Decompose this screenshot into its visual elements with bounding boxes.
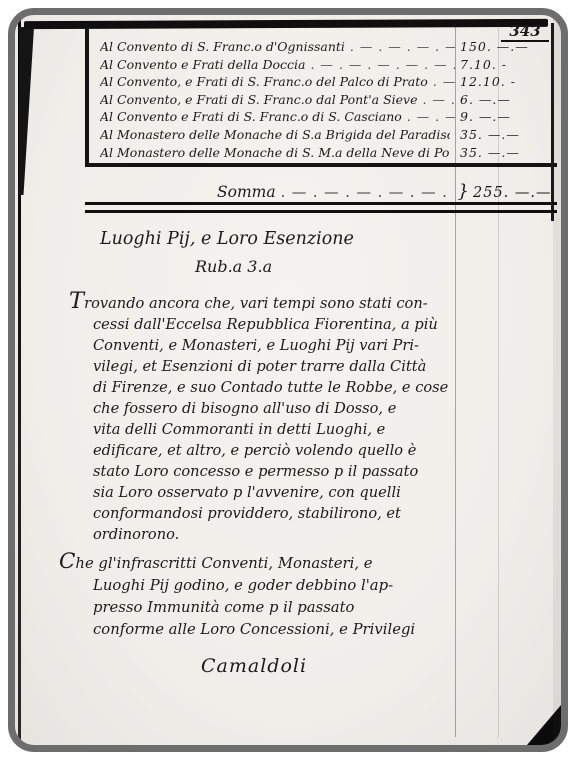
row-label: Al Monastero delle Monache di S. M.a del… (100, 145, 450, 160)
row-leader: . — . — . — . — . — . — . — . — . — . — (422, 92, 455, 107)
somma-leader: . — . — . — . — . — . — (281, 185, 453, 201)
scan-artifact-top-bar (24, 19, 548, 29)
table-row: Al Convento e Frati di S. Franc.o di S. … (100, 109, 544, 127)
paragraph-line: presso Immunità come p il passato (93, 597, 495, 619)
scan-artifact-right-shade (553, 15, 561, 745)
paragraph-line: Conventi, e Monasteri, e Luoghi Pij vari… (93, 335, 489, 356)
table-row: Al Convento, e Frati di S. Franc.o dal P… (100, 92, 544, 110)
paragraph-che: Che gl'infrascritti Conventi, Monasteri,… (75, 551, 495, 641)
row-amount: 12.10. - (460, 74, 544, 89)
ledger-table: Al Convento di S. Franc.o d'Ognissanti .… (100, 39, 544, 162)
table-row: Al Monastero delle Monache di S.a Brigid… (100, 127, 544, 145)
paragraph-line: Che gl'infrascritti Conventi, Monasteri,… (59, 551, 495, 575)
row-leader: . — . — . — . — . — . — . — . — . — . — (407, 109, 455, 124)
row-leader: . — . — . — . — . — . — . — . — . — . — (350, 39, 455, 54)
row-label: Al Convento, e Frati di S. Franc.o dal P… (100, 92, 417, 107)
paragraph-line: conforme alle Loro Concessioni, e Privil… (93, 619, 495, 641)
paragraph-line: vita delli Commoranti in detti Luoghi, e (93, 419, 489, 440)
table-row: Al Convento di S. Franc.o d'Ognissanti .… (100, 39, 544, 57)
row-amount: 150. —.— (460, 39, 544, 54)
paragraph-line: Luoghi Pij godino, e goder debbino l'ap- (93, 575, 495, 597)
somma-amount: 255. —.— (473, 185, 555, 201)
paragraph-line: Trovando ancora che, vari tempi sono sta… (69, 291, 489, 314)
paragraph-line: sia Loro osservato p l'avvenire, con que… (93, 482, 489, 503)
somma-brace: } (458, 181, 469, 202)
table-row: Al Monastero delle Monache di S. M.a del… (100, 145, 544, 163)
somma-label: Somma (217, 183, 276, 201)
table-border-left (85, 24, 89, 165)
paragraph-line: ordinorono. (93, 524, 489, 545)
table-row: Al Convento, e Frati di S. Franc.o del P… (100, 74, 544, 92)
row-label: Al Convento e Frati della Doccia (100, 57, 305, 72)
row-leader: . — . — . — . — . — . — . — . — . — . — (433, 74, 455, 89)
row-amount: 35. —.— (460, 127, 544, 142)
row-label: Al Convento di S. Franc.o d'Ognissanti (100, 39, 345, 54)
paragraph-line: vilegi, et Esenzioni di poter trarre dal… (93, 356, 489, 377)
row-label: Al Convento, e Frati di S. Franc.o del P… (100, 74, 428, 89)
double-rule-bottom (85, 210, 557, 213)
row-amount: 9. —.— (460, 109, 544, 124)
section-title: Luoghi Pij, e Loro Esenzione (100, 229, 354, 249)
rubric-label: Rub.a 3.a (195, 257, 272, 276)
row-amount: 35. —.— (460, 145, 544, 160)
paragraph-trovando: Trovando ancora che, vari tempi sono sta… (93, 291, 489, 545)
table-row: Al Convento e Frati della Doccia . — . —… (100, 57, 544, 75)
paragraph-line: cessi dall'Eccelsa Repubblica Fiorentina… (93, 314, 489, 335)
double-rule-top (85, 202, 557, 205)
paragraph-line: conformandosi providdero, stabilirono, e… (93, 503, 489, 524)
scanned-manuscript-view: 343 Al Convento di S. Franc.o d'Ognissan… (0, 0, 576, 760)
row-amount: 6. —.— (460, 92, 544, 107)
row-leader: . — . — . — . — . — . — . — . — . — . — (310, 57, 455, 72)
scan-artifact-left-wedge (19, 27, 34, 195)
scanned-page: 343 Al Convento di S. Franc.o d'Ognissan… (8, 8, 568, 752)
paragraph-line: edificare, et altro, e perciò volendo qu… (93, 440, 489, 461)
row-label: Al Convento e Frati di S. Franc.o di S. … (100, 109, 402, 124)
paragraph-line: stato Loro concesso e permesso p il pass… (93, 461, 489, 482)
table-border-bottom (85, 163, 557, 167)
row-label: Al Monastero delle Monache di S.a Brigid… (100, 127, 450, 142)
somma-row: Somma . — . — . — . — . — . — } 255. —.— (85, 181, 555, 202)
paragraph-line: che fossero di bisogno all'uso di Dosso,… (93, 398, 489, 419)
row-amount: 7.10. - (460, 57, 544, 72)
signature-camaldoli: Camaldoli (201, 655, 307, 677)
paragraph-line: di Firenze, e suo Contado tutte le Robbe… (93, 377, 489, 398)
